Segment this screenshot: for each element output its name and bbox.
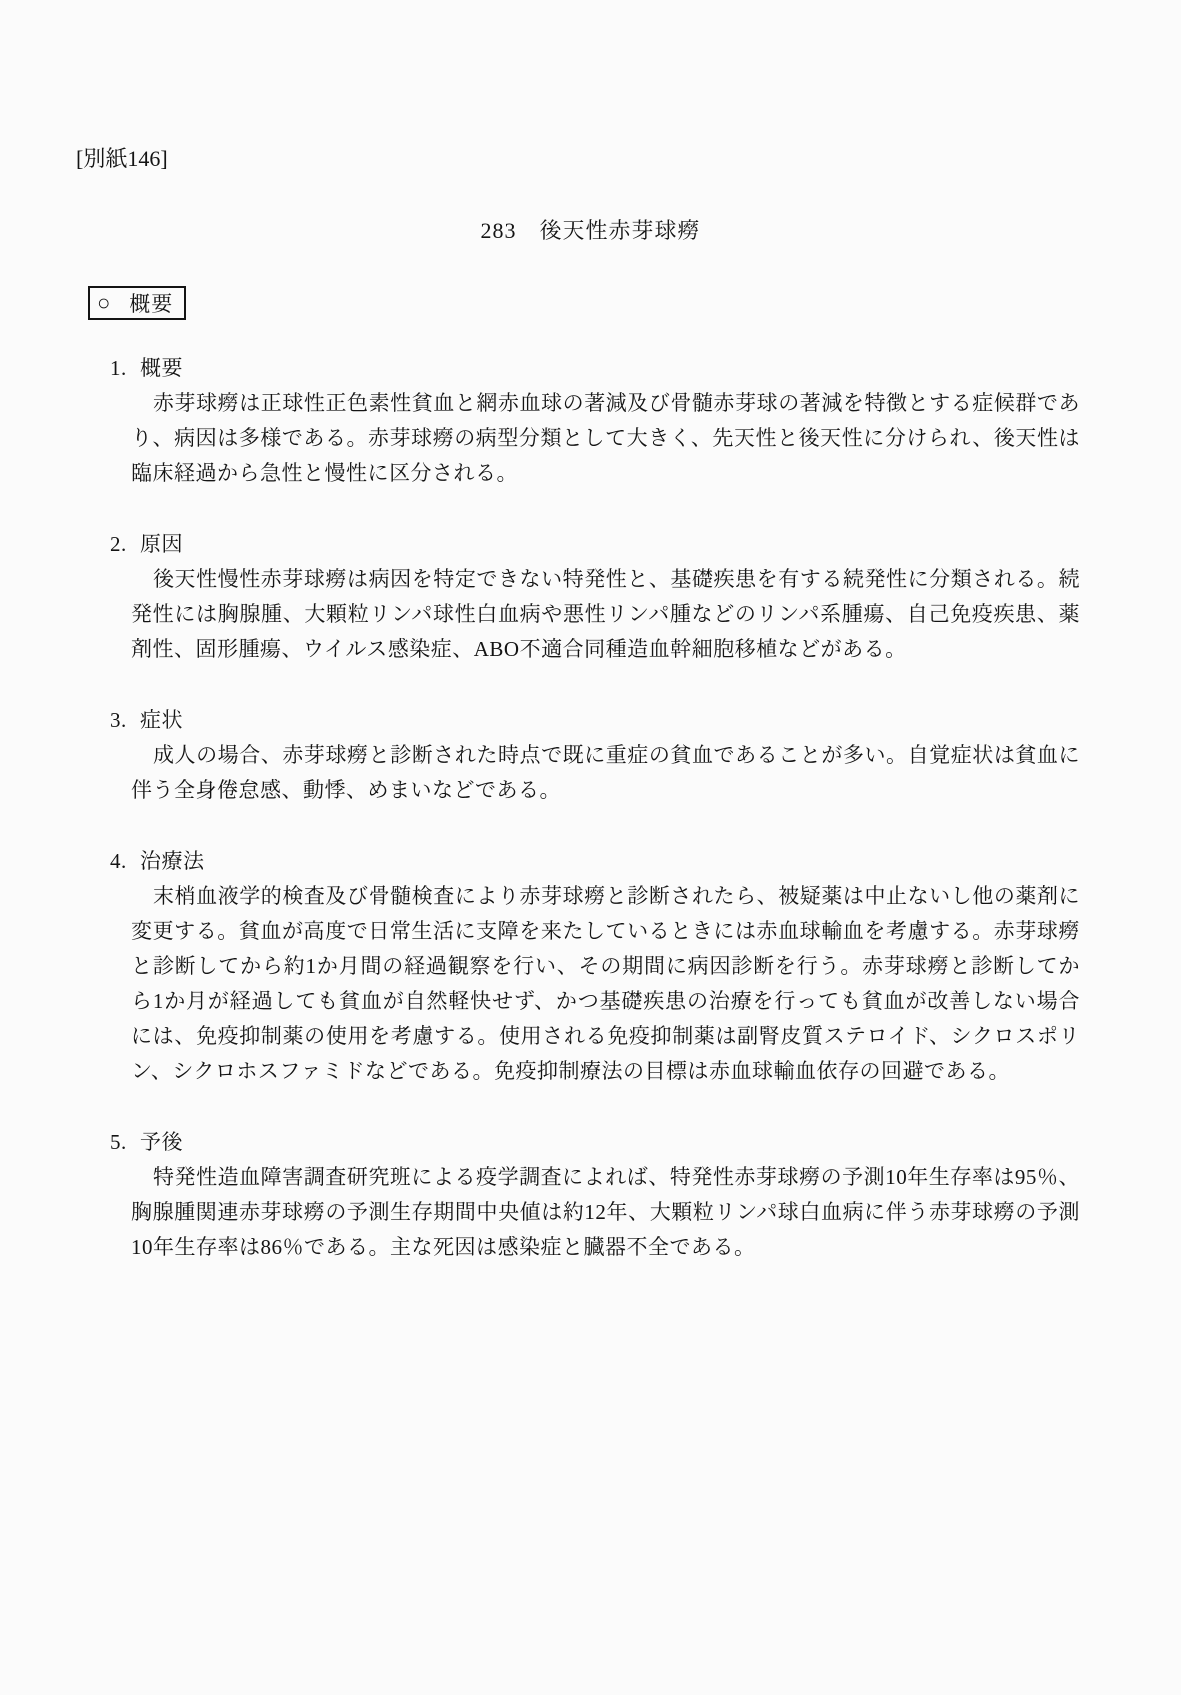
section-number: 1. <box>110 351 140 386</box>
section-overview: 1. 概要 赤芽球癆は正球性正色素性貧血と網赤血球の著減及び骨髄赤芽球の著減を特… <box>110 351 1082 491</box>
section-heading: 4. 治療法 <box>110 844 1082 879</box>
section-number: 2. <box>110 527 140 562</box>
section-heading: 5. 予後 <box>110 1125 1082 1160</box>
overview-box: ○ 概要 <box>88 286 186 320</box>
section-symptoms: 3. 症状 成人の場合、赤芽球癆と診断された時点で既に重症の貧血であることが多い… <box>110 703 1082 808</box>
attachment-label: [別紙146] <box>76 146 168 172</box>
section-heading: 2. 原因 <box>110 527 1082 562</box>
section-body-paragraph: 後天性慢性赤芽球癆は病因を特定できない特発性と、基礎疾患を有する続発性に分類され… <box>131 562 1080 667</box>
page-title: 283 後天性赤芽球癆 <box>0 217 1181 244</box>
section-body-paragraph: 特発性造血障害調査研究班による疫学調査によれば、特発性赤芽球癆の予測10年生存率… <box>131 1160 1080 1265</box>
section-number: 5. <box>110 1125 140 1160</box>
section-body-paragraph: 末梢血液学的検査及び骨髄検査により赤芽球癆と診断されたら、被疑薬は中止ないし他の… <box>131 879 1080 1089</box>
section-heading: 3. 症状 <box>110 703 1082 738</box>
circle-marker-icon: ○ <box>97 292 110 314</box>
section-body-paragraph: 赤芽球癆は正球性正色素性貧血と網赤血球の著減及び骨髄赤芽球の著減を特徴とする症候… <box>131 386 1080 491</box>
document-page: [別紙146] 283 後天性赤芽球癆 ○ 概要 1. 概要 赤芽球癆は正球性正… <box>0 0 1181 1695</box>
section-cause: 2. 原因 後天性慢性赤芽球癆は病因を特定できない特発性と、基礎疾患を有する続発… <box>110 527 1082 667</box>
section-heading: 1. 概要 <box>110 351 1082 386</box>
section-heading-label: 症状 <box>140 703 183 738</box>
section-heading-label: 治療法 <box>140 844 205 879</box>
section-number: 3. <box>110 703 140 738</box>
section-prognosis: 5. 予後 特発性造血障害調査研究班による疫学調査によれば、特発性赤芽球癆の予測… <box>110 1125 1082 1265</box>
section-number: 4. <box>110 844 140 879</box>
section-heading-label: 予後 <box>140 1125 183 1160</box>
section-body-paragraph: 成人の場合、赤芽球癆と診断された時点で既に重症の貧血であることが多い。自覚症状は… <box>131 738 1080 808</box>
section-treatment: 4. 治療法 末梢血液学的検査及び骨髄検査により赤芽球癆と診断されたら、被疑薬は… <box>110 844 1082 1089</box>
section-heading-label: 概要 <box>140 351 183 386</box>
section-heading-label: 原因 <box>140 527 183 562</box>
document-body: 1. 概要 赤芽球癆は正球性正色素性貧血と網赤血球の著減及び骨髄赤芽球の著減を特… <box>110 351 1082 1301</box>
overview-box-label: 概要 <box>129 288 173 318</box>
